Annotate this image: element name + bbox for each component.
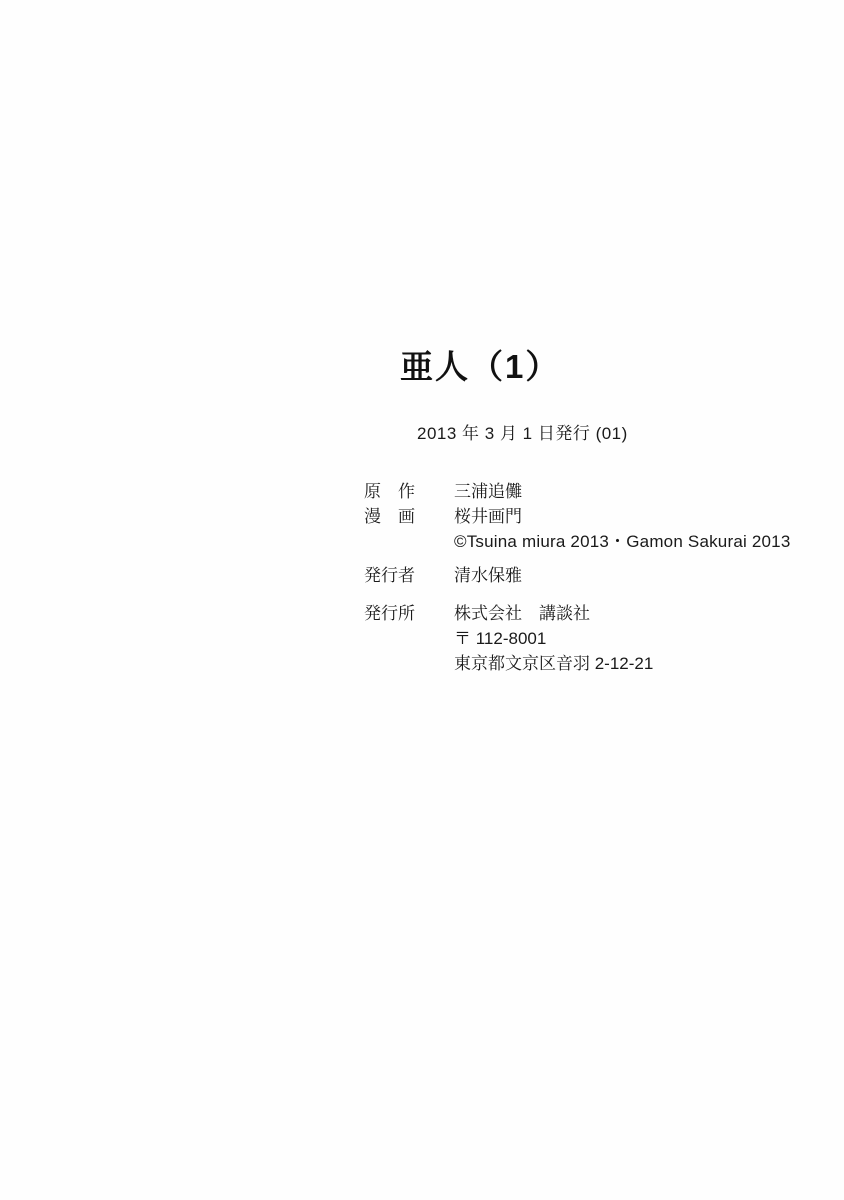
- publisher-address: 東京都文京区音羽 2-12-21: [454, 649, 653, 674]
- colophon-page: 亜人（1） 2013 年 3 月 1 日発行 (01) 原 作 三浦追儺 漫 画…: [0, 0, 844, 1200]
- issue-date-line: 2013 年 3 月 1 日発行 (01): [417, 419, 628, 444]
- credit-row-address: 東京都文京区音羽 2-12-21: [0, 649, 844, 669]
- publishing-house-label: 発行所: [364, 599, 415, 624]
- copyright-notice: ©Tsuina miura 2013・Gamon Sakurai 2013: [454, 527, 791, 552]
- original-work-label: 原 作: [364, 477, 415, 502]
- postal-code: 〒 112-8001: [454, 624, 546, 649]
- manga-artist: 桜井画門: [454, 502, 522, 527]
- manga-label: 漫 画: [364, 502, 415, 527]
- credit-row-postal-code: 〒 112-8001: [0, 624, 844, 644]
- credit-row-copyright: ©Tsuina miura 2013・Gamon Sakurai 2013: [0, 527, 844, 547]
- credit-row-manga: 漫 画 桜井画門: [0, 502, 844, 522]
- publishing-house-name: 株式会社 講談社: [454, 599, 590, 624]
- original-work-author: 三浦追儺: [454, 477, 522, 502]
- credit-row-original: 原 作 三浦追儺: [0, 477, 844, 497]
- credit-row-publishing-house: 発行所 株式会社 講談社: [0, 599, 844, 619]
- book-title: 亜人（1）: [400, 341, 560, 388]
- publisher-label: 発行者: [364, 561, 415, 586]
- credit-row-publisher: 発行者 清水保雅: [0, 561, 844, 581]
- publisher-name: 清水保雅: [454, 561, 522, 586]
